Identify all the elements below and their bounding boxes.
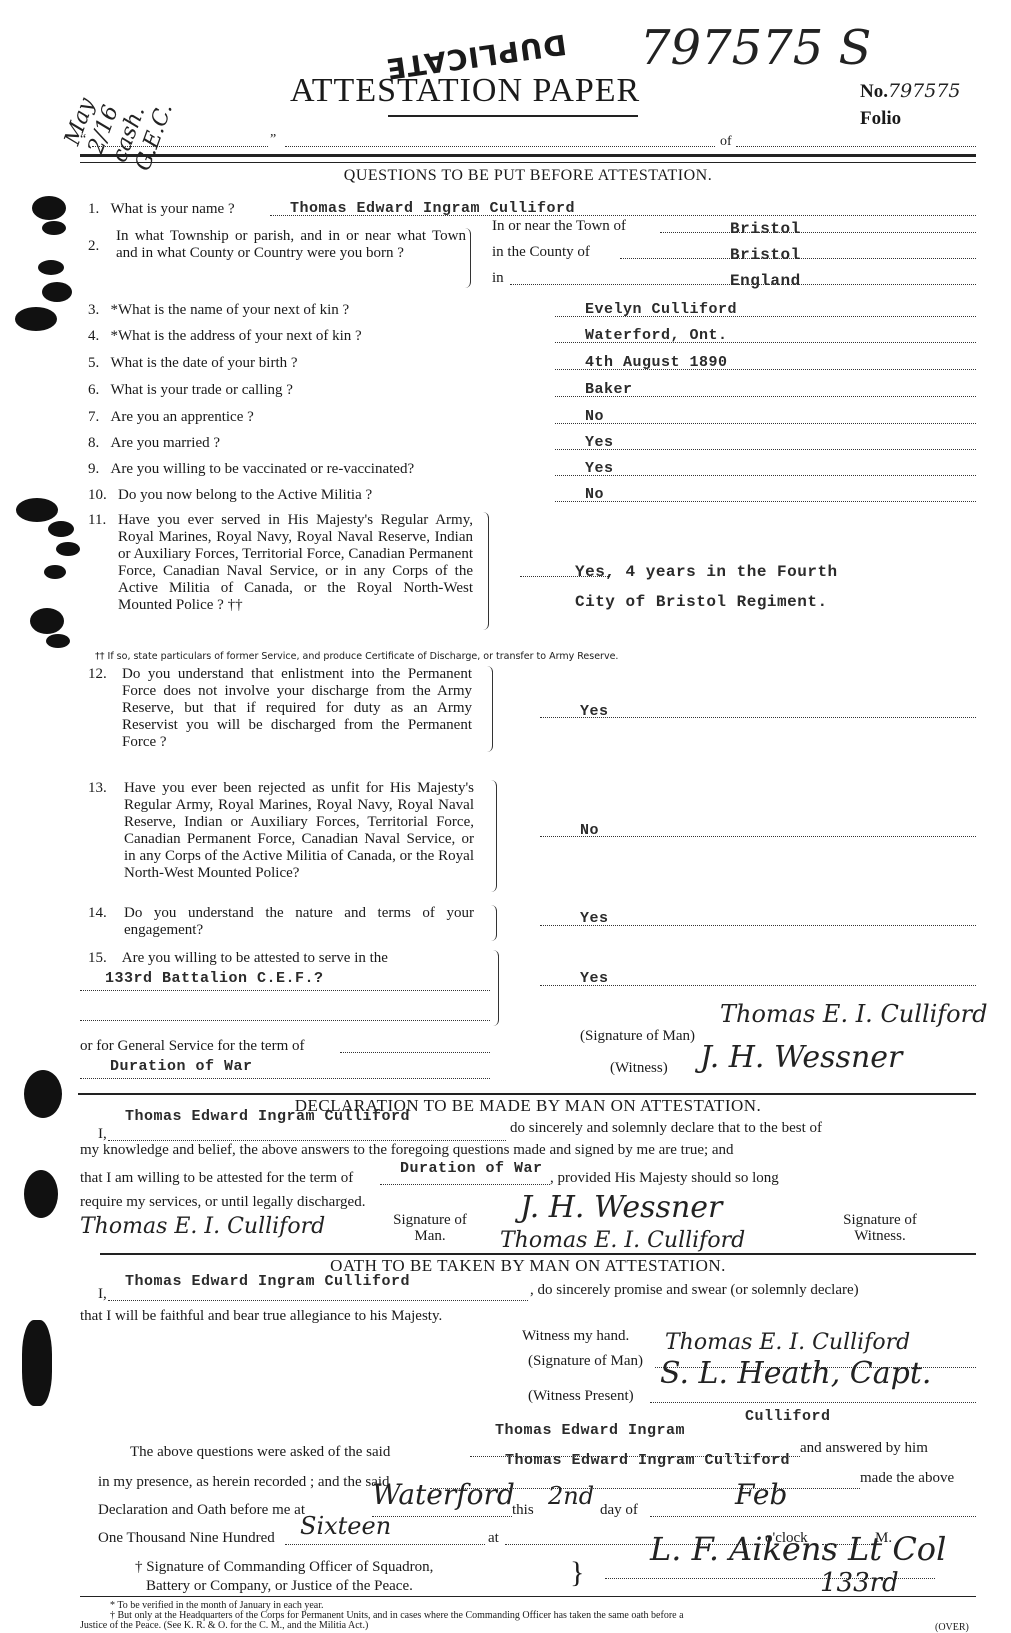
magistrate-text-2: and answered by him xyxy=(800,1440,928,1457)
declaration-name[interactable]: Thomas Edward Ingram Culliford xyxy=(125,1108,410,1125)
answer-apprentice[interactable]: No xyxy=(585,408,604,425)
witness-present-label: (Witness Present) xyxy=(528,1388,634,1405)
magistrate-text-6: One Thousand Nine Hundred xyxy=(98,1530,275,1547)
witness-signature[interactable]: J. H. Wessner xyxy=(700,1040,902,1075)
birth-county-label: in the County of xyxy=(492,244,590,261)
punch-hole xyxy=(16,498,58,522)
answer-prior-service-2[interactable]: City of Bristol Regiment. xyxy=(575,593,828,611)
question-7: 7. Are you an apprentice ? xyxy=(88,409,254,426)
general-service-label: or for General Service for the term of xyxy=(80,1038,304,1055)
this-label: this xyxy=(512,1502,534,1519)
punch-hole xyxy=(48,521,74,537)
punch-hole xyxy=(56,542,80,556)
punch-hole xyxy=(42,221,66,235)
witness-present-signature[interactable]: S. L. Heath, Capt. xyxy=(660,1356,931,1391)
punch-hole xyxy=(24,1170,58,1218)
number-field: No.797575 xyxy=(860,80,961,103)
question-6: 6. What is your trade or calling ? xyxy=(88,382,293,399)
attestation-month[interactable]: Feb xyxy=(735,1478,787,1511)
oath-name[interactable]: Thomas Edward Ingram Culliford xyxy=(125,1273,410,1290)
magistrate-text-4: made the above xyxy=(860,1470,954,1487)
signature-of-witness-label: Signature of Witness. xyxy=(830,1212,930,1244)
magistrate-name-1[interactable]: Thomas Edward Ingram xyxy=(495,1422,685,1439)
witness-label: (Witness) xyxy=(610,1060,668,1077)
attestation-day[interactable]: 2nd xyxy=(548,1482,594,1510)
title-underline xyxy=(388,115,638,117)
answer-birth-town[interactable]: Bristol xyxy=(730,220,801,238)
answer-rejected[interactable]: No xyxy=(580,822,599,839)
oath-i: I, xyxy=(98,1286,107,1303)
folio-label: Folio xyxy=(860,108,901,130)
oath-signature-of-man[interactable]: Thomas E. I. Culliford xyxy=(665,1330,910,1355)
question-10: 10. Do you now belong to the Active Mili… xyxy=(88,487,372,504)
declaration-rule xyxy=(78,1093,976,1095)
answer-date-of-birth[interactable]: 4th August 1890 xyxy=(585,354,728,371)
signature-of-man[interactable]: Thomas E. I. Culliford xyxy=(720,1000,987,1028)
question-9: 9. Are you willing to be vaccinated or r… xyxy=(88,461,414,478)
day-of-label: day of xyxy=(600,1502,638,1519)
declaration-extra-signature: Thomas E. I. Culliford xyxy=(500,1228,745,1253)
punch-hole xyxy=(44,565,66,579)
question-11: 11. Have you ever served in His Majesty'… xyxy=(88,512,478,614)
answer-vaccinated[interactable]: Yes xyxy=(585,460,614,477)
answer-next-of-kin-address[interactable]: Waterford, Ont. xyxy=(585,327,728,344)
question-8: 8. Are you married ? xyxy=(88,435,220,452)
oath-rule xyxy=(100,1253,976,1255)
magistrate-name-2[interactable]: Thomas Edward Ingram Culliford xyxy=(505,1452,790,1469)
attestation-year[interactable]: Sixteen xyxy=(300,1512,391,1540)
header-rule xyxy=(80,154,976,157)
signature-of-man-label: (Signature of Man) xyxy=(580,1028,695,1045)
page-title: ATTESTATION PAPER xyxy=(290,72,640,110)
declaration-text-4: , provided His Majesty should so long xyxy=(550,1170,779,1187)
at-label: at xyxy=(488,1530,499,1547)
declaration-text-5: require my services, or until legally di… xyxy=(80,1194,365,1211)
oath-signature-of-man-label: (Signature of Man) xyxy=(528,1353,643,1370)
co-brace: } xyxy=(570,1556,584,1590)
question-2: 2. In what Township or parish, and in or… xyxy=(88,228,478,262)
answer-prior-service[interactable]: Yes, 4 years in the Fourth xyxy=(575,563,838,581)
of-label: of xyxy=(720,134,732,150)
header-rule-thin xyxy=(80,162,976,163)
number-value: 797575 xyxy=(888,80,961,102)
answer-willing-to-serve[interactable]: Yes xyxy=(580,970,609,987)
magistrate-text-5: Declaration and Oath before me at xyxy=(98,1502,305,1519)
question-5: 5. What is the date of your birth ? xyxy=(88,355,298,372)
magistrate-name-extra: Culliford xyxy=(745,1408,831,1425)
answer-name[interactable]: Thomas Edward Ingram Culliford xyxy=(290,200,575,217)
question-12: 12. Do you understand that enlistment in… xyxy=(88,666,478,751)
answer-unit[interactable]: 133rd Battalion C.E.F.? xyxy=(105,970,324,987)
oath-text-1: , do sincerely promise and swear (or sol… xyxy=(530,1282,859,1299)
punch-hole xyxy=(24,1070,62,1118)
punch-hole xyxy=(22,1320,52,1406)
witness-my-hand: Witness my hand. xyxy=(522,1328,629,1345)
declaration-text-3: that I am willing to be attested for the… xyxy=(80,1170,353,1187)
declaration-text-2: my knowledge and belief, the above answe… xyxy=(80,1142,976,1159)
questions-heading: QUESTIONS TO BE PUT BEFORE ATTESTATION. xyxy=(80,167,976,185)
question-15: 15. Are you willing to be attested to se… xyxy=(88,950,488,967)
declaration-i: I, xyxy=(98,1126,107,1143)
punch-hole xyxy=(42,282,72,302)
footnote-11: †† If so, state particulars of former Se… xyxy=(95,651,618,662)
answer-militia[interactable]: No xyxy=(585,486,604,503)
question-13: 13. Have you ever been rejected as unfit… xyxy=(88,780,483,882)
oath-text-2: that I will be faithful and bear true al… xyxy=(80,1308,442,1325)
punch-hole xyxy=(38,260,64,275)
regimental-number-handwritten: 797575 S xyxy=(640,20,871,76)
punch-hole xyxy=(30,608,64,634)
over-label: (OVER) xyxy=(935,1622,969,1633)
punch-hole xyxy=(32,196,66,220)
commanding-officer-label: † Signature of Commanding Officer of Squ… xyxy=(135,1558,433,1596)
answer-reserve[interactable]: Yes xyxy=(580,703,609,720)
answer-next-of-kin[interactable]: Evelyn Culliford xyxy=(585,301,737,318)
quote-line: “ ” of xyxy=(80,136,976,152)
footnote-3: Justice of the Peace. (See K. R. & O. fo… xyxy=(80,1620,368,1631)
number-label: No. xyxy=(860,81,888,102)
answer-trade[interactable]: Baker xyxy=(585,381,633,398)
magistrate-text-3: in my presence, as herein recorded ; and… xyxy=(98,1474,390,1491)
answer-general-service-term[interactable]: Duration of War xyxy=(110,1058,253,1075)
footer-rule xyxy=(80,1596,976,1597)
question-3: 3. *What is the name of your next of kin… xyxy=(88,302,349,319)
birth-town-label: In or near the Town of xyxy=(492,218,626,235)
question-4: 4. *What is the address of your next of … xyxy=(88,328,362,345)
declaration-term[interactable]: Duration of War xyxy=(400,1160,543,1177)
birth-country-label: in xyxy=(492,270,504,287)
commanding-officer-unit: 133rd xyxy=(820,1568,899,1598)
punch-hole xyxy=(15,307,57,331)
answer-married[interactable]: Yes xyxy=(585,434,614,451)
answer-birth-country[interactable]: England xyxy=(730,272,801,290)
answer-engagement[interactable]: Yes xyxy=(580,910,609,927)
magistrate-text-1: The above questions were asked of the sa… xyxy=(130,1444,390,1461)
attestation-place[interactable]: Waterford xyxy=(372,1478,515,1511)
declaration-signature-of-man[interactable]: Thomas E. I. Culliford xyxy=(80,1214,325,1239)
question-14: 14. Do you understand the nature and ter… xyxy=(88,905,483,939)
declaration-text-1: do sincerely and solemnly declare that t… xyxy=(510,1120,822,1137)
commanding-officer-signature[interactable]: L. F. Aikens Lt Col xyxy=(650,1530,946,1568)
signature-of-man-label: Signature of Man. xyxy=(385,1212,475,1244)
declaration-witness-signature[interactable]: J. H. Wessner xyxy=(520,1190,722,1225)
punch-hole xyxy=(46,634,70,648)
answer-birth-county[interactable]: Bristol xyxy=(730,246,801,264)
